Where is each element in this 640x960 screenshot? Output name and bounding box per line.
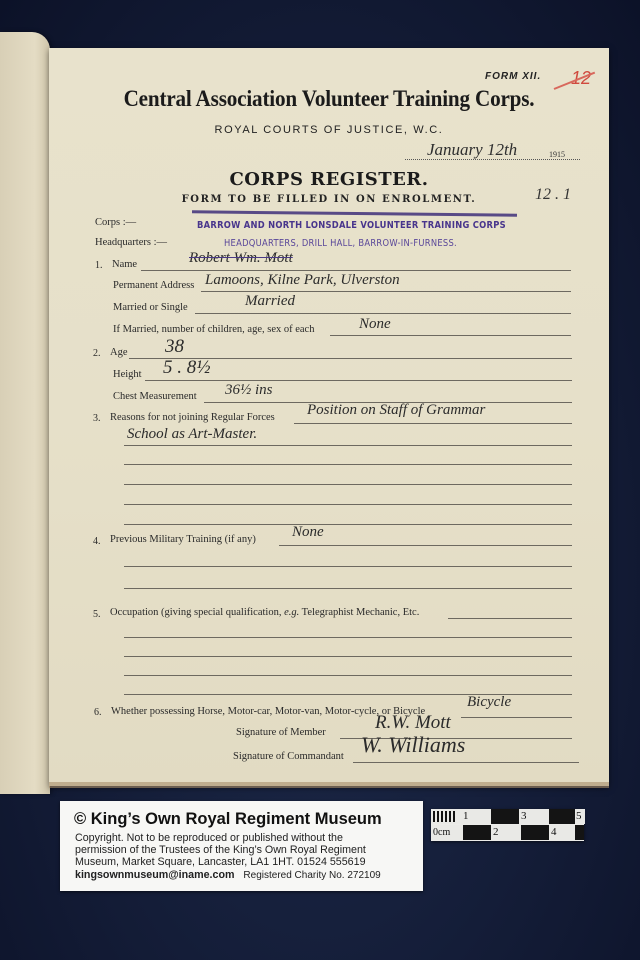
military-field-line-2[interactable] (124, 566, 572, 567)
stamp-line-1: BARROW AND NORTH LONSDALE VOLUNTEER TRAI… (197, 220, 506, 231)
museum-label-title: © King’s Own Royal Regiment Museum (74, 810, 382, 829)
scale-mark-5: 5 (575, 809, 585, 824)
scale-block (491, 809, 519, 824)
page-edge-shadow (49, 782, 609, 788)
age-label: Age (110, 347, 128, 358)
centimetre-scale-bar: 1 3 5 0cm 2 4 (431, 809, 584, 841)
reasons-field-line-5[interactable] (124, 504, 572, 505)
height-value: 5 . 8½ (163, 357, 211, 379)
commandant-signature-label: Signature of Commandant (233, 751, 344, 762)
form-number: FORM XII. (485, 71, 541, 82)
chest-label: Chest Measurement (113, 391, 197, 402)
reasons-field-line-1[interactable] (294, 423, 572, 424)
occupation-field-line-3[interactable] (124, 656, 572, 657)
museum-copyright-label: © King’s Own Royal Regiment Museum Copyr… (60, 801, 423, 891)
children-field[interactable] (330, 335, 571, 336)
name-value: Robert Wm. Mott (189, 250, 293, 267)
reasons-value-line-1: Position on Staff of Grammar (307, 402, 485, 419)
item-4-number: 4. (93, 536, 101, 547)
occupation-field-line-2[interactable] (124, 637, 572, 638)
register-subheading: FORM TO BE FILLED IN ON ENROLMENT. (49, 194, 609, 205)
museum-label-line-4: kingsownmuseum@iname.com Registered Char… (75, 869, 381, 882)
item-6-number: 6. (94, 707, 102, 718)
item-2-number: 2. (93, 348, 101, 359)
headquarters-label: Headquarters :— (95, 237, 167, 248)
scale-block (549, 809, 575, 824)
occupation-field-line-4[interactable] (124, 675, 572, 676)
charity-number: Registered Charity No. 272109 (243, 870, 380, 881)
reference-handwritten: 12 . 1 (535, 186, 571, 204)
register-heading: CORPS REGISTER. (49, 169, 609, 190)
scale-block (575, 825, 584, 840)
reasons-field-line-2[interactable] (124, 445, 572, 446)
address-field[interactable] (201, 291, 571, 292)
scale-block (463, 825, 491, 840)
occupation-label-example: Telegraphist Mechanic, Etc. (299, 607, 419, 618)
stamp-line-2: HEADQUARTERS, DRILL HALL, BARROW-IN-FURN… (224, 238, 457, 249)
children-value: None (359, 316, 391, 333)
museum-label-line-3: Museum, Market Square, Lancaster, LA1 1H… (75, 856, 366, 868)
museum-label-line-1: Copyright. Not to be reproduced or publi… (75, 832, 343, 844)
chest-value: 36½ ins (225, 382, 273, 399)
museum-email: kingsownmuseum@iname.com (75, 869, 235, 881)
military-value: None (292, 524, 324, 541)
scale-block (521, 825, 549, 840)
corps-register-form: FORM XII. 12 Central Association Volunte… (49, 48, 609, 786)
reasons-value-line-2: School as Art-Master. (127, 426, 257, 443)
scale-ticks (431, 809, 461, 824)
date-year: 1915 (549, 150, 565, 159)
married-field[interactable] (195, 313, 571, 314)
married-label: Married or Single (113, 302, 188, 313)
corps-label: Corps :— (95, 217, 136, 228)
reasons-field-line-4[interactable] (124, 484, 572, 485)
scale-mark-2: 2 (491, 825, 521, 840)
military-field[interactable] (279, 545, 572, 546)
address-value: Lamoons, Kilne Park, Ulverston (205, 272, 400, 289)
address-label: Permanent Address (113, 280, 194, 291)
item-1-number: 1. (95, 260, 103, 271)
married-value: Married (245, 293, 295, 310)
museum-label-line-2: permission of the Trustees of the King’s… (75, 844, 366, 856)
name-label: Name (112, 259, 137, 270)
occupation-field[interactable] (448, 618, 572, 619)
children-label: If Married, number of children, age, sex… (113, 324, 314, 335)
member-signature-label: Signature of Member (236, 727, 326, 738)
reasons-label: Reasons for not joining Regular Forces (110, 412, 275, 423)
item-3-number: 3. (93, 413, 101, 424)
scale-mark-4: 4 (549, 825, 575, 840)
military-label: Previous Military Training (if any) (110, 534, 256, 545)
military-field-line-3[interactable] (124, 588, 572, 589)
date-handwritten: January 12th (427, 140, 517, 160)
name-field[interactable] (141, 270, 571, 271)
age-value: 38 (165, 336, 184, 358)
reasons-field-line-6[interactable] (124, 524, 572, 525)
reasons-field-line-3[interactable] (124, 464, 572, 465)
item-5-number: 5. (93, 609, 101, 620)
member-signature-value: R.W. Mott (375, 712, 451, 734)
scale-mark-3: 3 (519, 809, 549, 824)
occupation-label-eg: e.g. (284, 607, 299, 618)
occupation-label: Occupation (giving special qualification… (110, 607, 419, 618)
document-title: Central Association Volunteer Training C… (71, 86, 586, 112)
possessing-field[interactable] (461, 717, 572, 718)
stamp-rule (192, 210, 517, 216)
possessing-value: Bicycle (467, 694, 511, 711)
left-page-edge (0, 32, 50, 794)
commandant-signature-value: W. Williams (361, 732, 465, 758)
height-field[interactable] (145, 380, 572, 381)
occupation-label-text: Occupation (giving special qualification… (110, 607, 284, 618)
scale-unit-label: 0cm (431, 825, 463, 840)
scale-mark-1: 1 (461, 809, 491, 824)
height-label: Height (113, 369, 142, 380)
commandant-signature-field[interactable] (353, 762, 579, 763)
document-subtitle: ROYAL COURTS OF JUSTICE, W.C. (49, 124, 609, 136)
